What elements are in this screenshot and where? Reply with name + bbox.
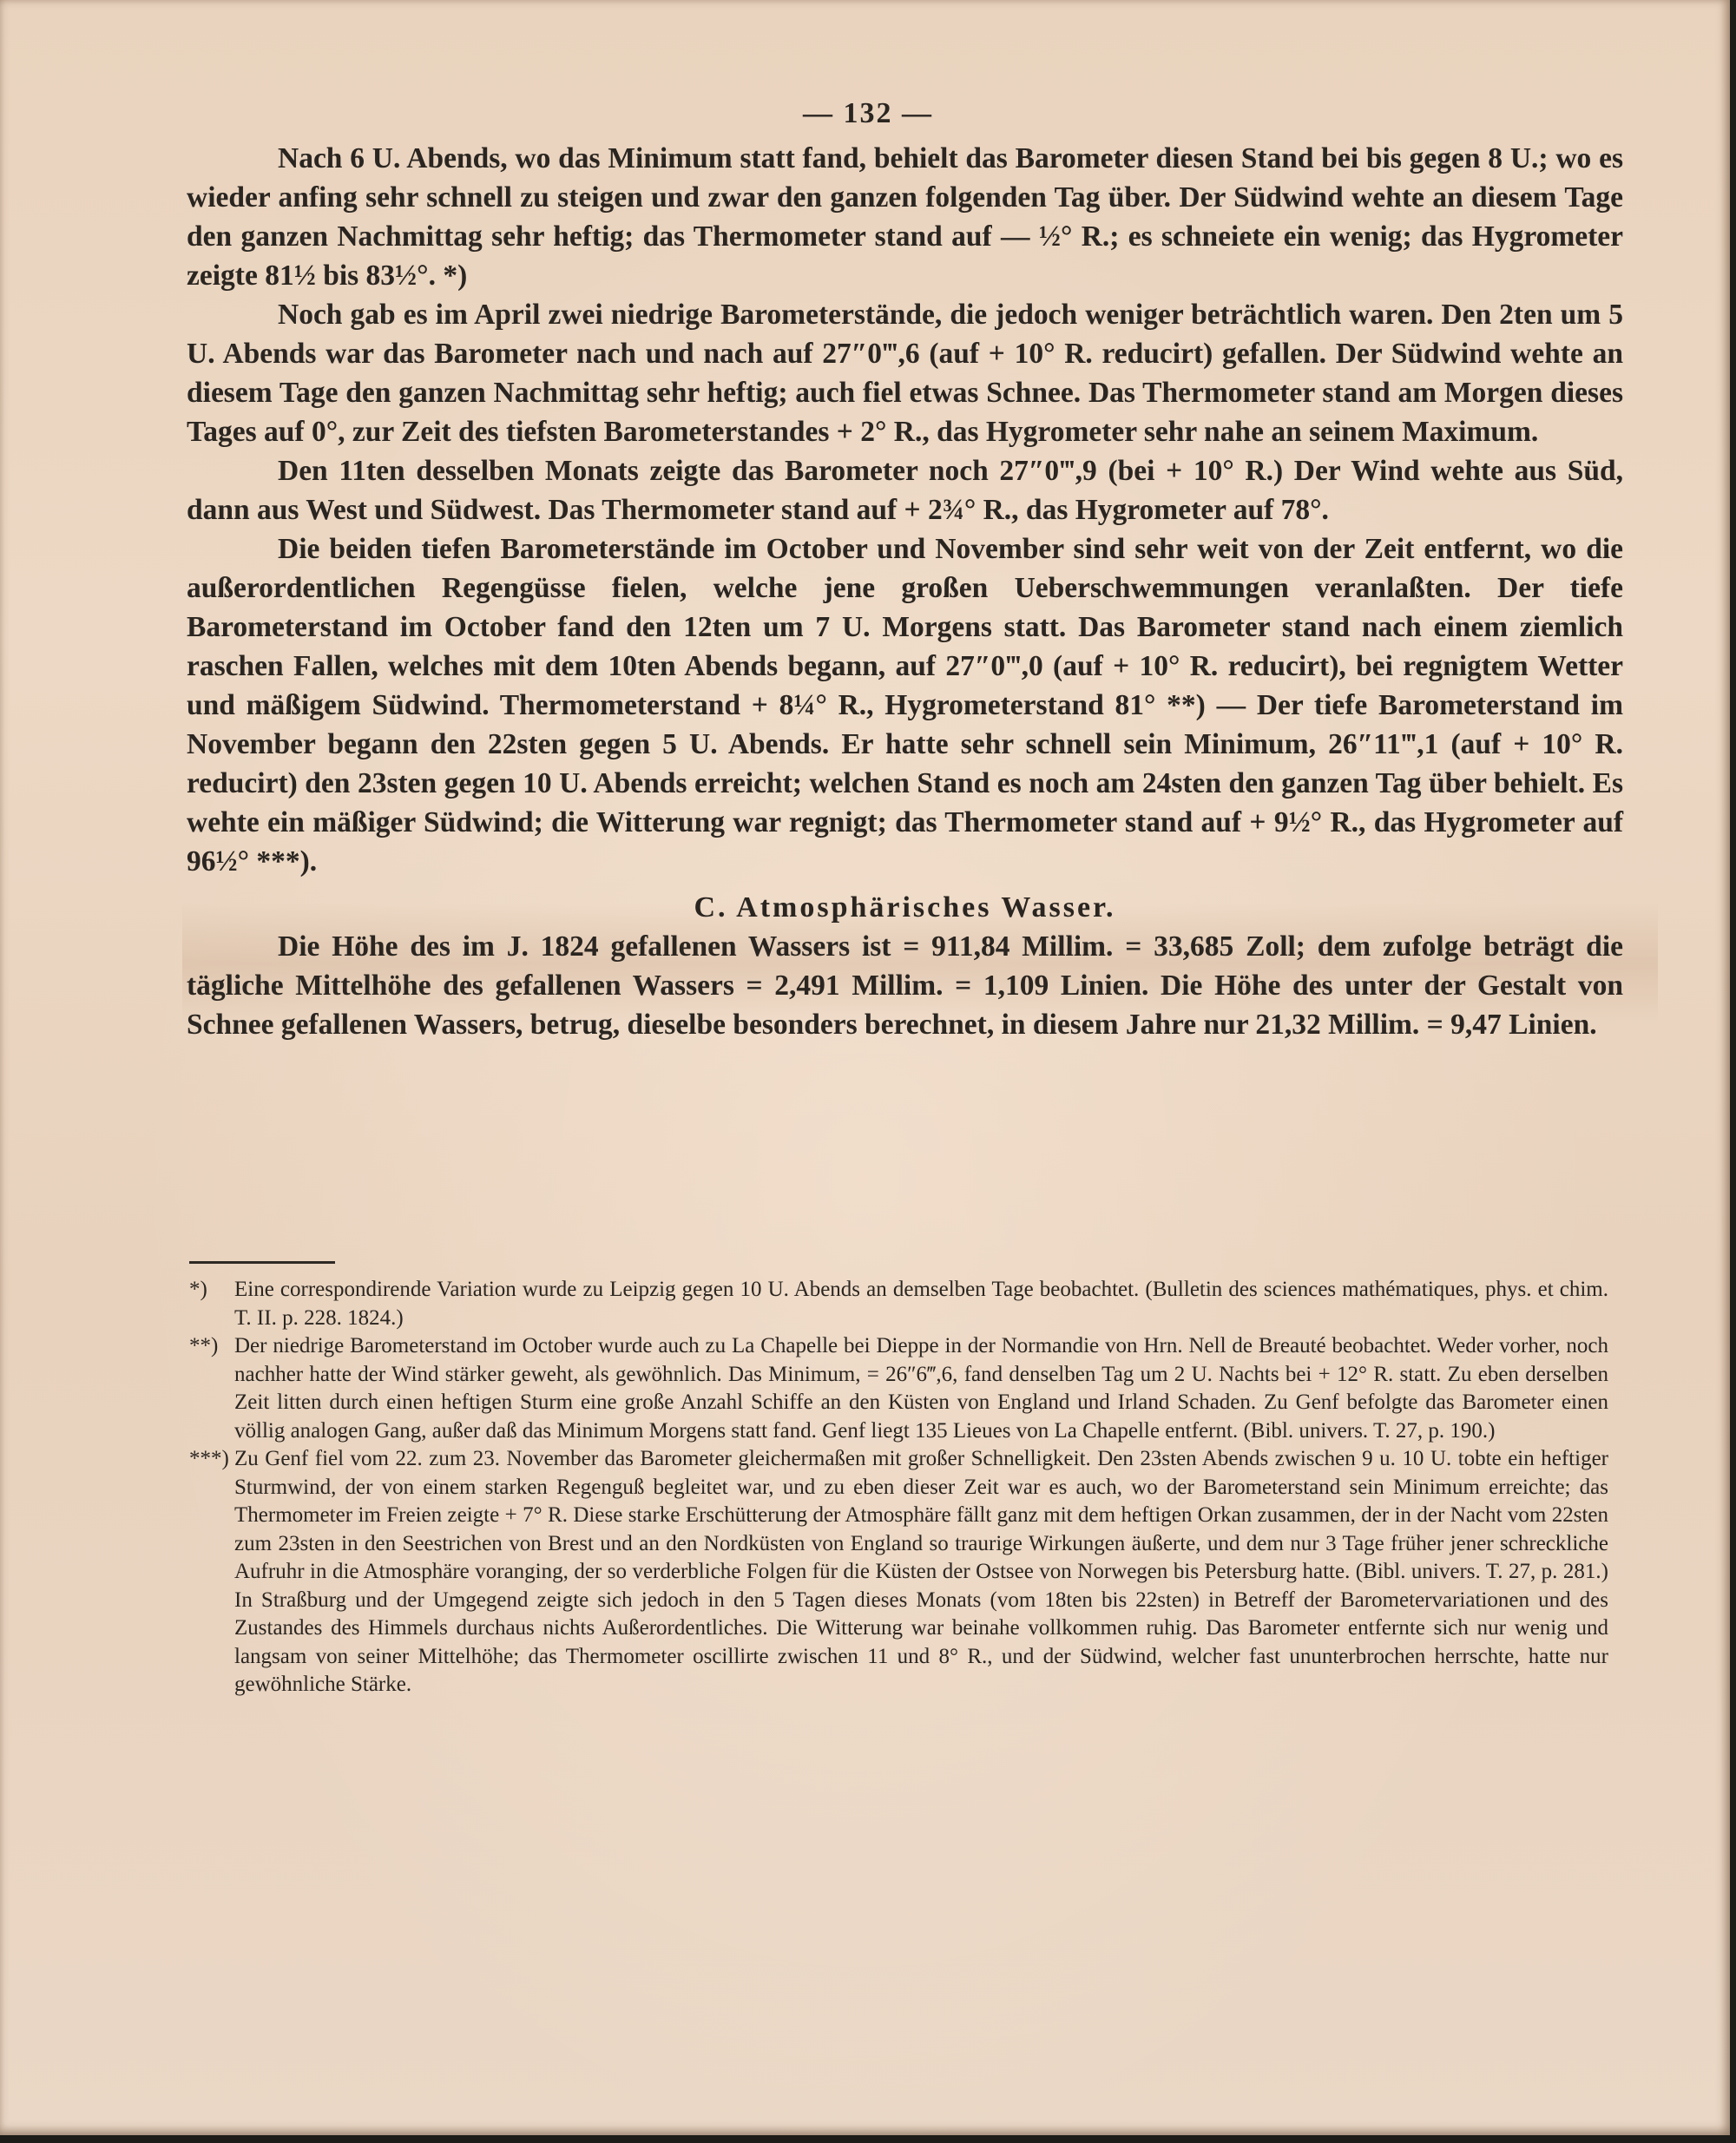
footnote-mark: ***) [189,1445,234,1474]
paragraph-2: Noch gab es im April zwei niedrige Barom… [187,295,1623,451]
main-text: Nach 6 U. Abends, wo das Minimum statt f… [187,139,1623,1044]
footnote-text: Eine correspondirende Variation wurde zu… [234,1278,1608,1330]
footnote-mark: *) [189,1276,234,1305]
footnote-divider [189,1261,335,1264]
footnote-2: **)Der niedrige Barometerstand im Octobe… [189,1332,1608,1445]
footnote-3: ***)Zu Genf fiel vom 22. zum 23. Novembe… [189,1445,1608,1699]
footnote-1: *)Eine correspondirende Variation wurde … [189,1276,1608,1332]
footnote-text: Zu Genf fiel vom 22. zum 23. November da… [234,1447,1608,1696]
section-heading: C. Atmosphärisches Wasser. [187,888,1623,927]
paragraph-3: Den 11ten desselben Monats zeigte das Ba… [187,451,1623,529]
paragraph-1: Nach 6 U. Abends, wo das Minimum statt f… [187,139,1623,295]
footnote-mark: **) [189,1332,234,1361]
scanned-page: — 132 — Nach 6 U. Abends, wo das Minimum… [0,0,1730,2135]
footnotes: *)Eine correspondirende Variation wurde … [189,1276,1608,1699]
paragraph-4: Die beiden tiefen Barometerstände im Oct… [187,529,1623,881]
page-number: — 132 — [0,97,1736,130]
section-paragraph: Die Höhe des im J. 1824 gefallenen Wasse… [187,927,1623,1044]
footnote-text: Der niedrige Barometerstand im October w… [234,1334,1608,1443]
